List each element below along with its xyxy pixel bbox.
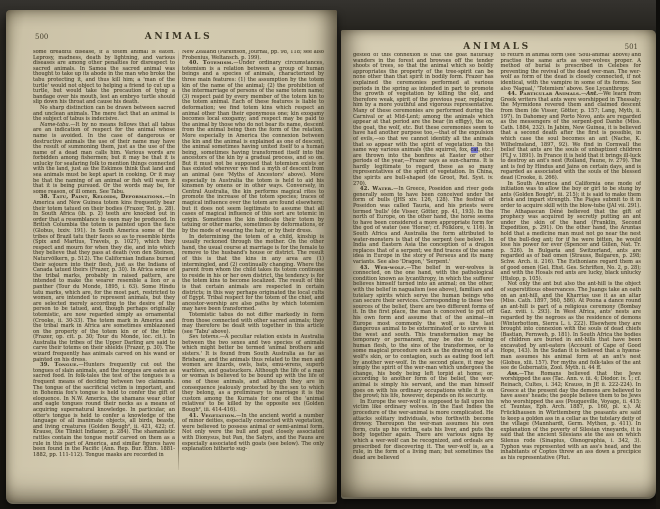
paragraph: Ass.—The Romans believed that the Jews w… bbox=[500, 372, 641, 462]
text-segment: gested of this connexion is that the goa… bbox=[353, 53, 494, 153]
column-1-page-501: gested of this connexion is that the goa… bbox=[353, 53, 494, 470]
book-scan: 500 ANIMALS some dreadful disease, if a … bbox=[0, 0, 660, 509]
paragraph: Sex totems.—A peculiar relation exists i… bbox=[182, 335, 324, 413]
text-block-left: some dreadful disease, if a totem animal… bbox=[33, 50, 324, 474]
paragraph: In South America and California one mode… bbox=[500, 182, 641, 283]
page-header-right: ANIMALS 501 bbox=[354, 42, 640, 53]
paragraph: In Europe the wer-wolf is supposed to fa… bbox=[353, 400, 494, 462]
text-segment: to return in animal form (see 'Soul-anim… bbox=[500, 53, 641, 92]
paragraph: 40. Totemism.—Under ordinary circumstanc… bbox=[182, 61, 324, 234]
paragraph: 43. Wer-wolf.—The belief in wer-wolves i… bbox=[353, 266, 494, 400]
text-segment: some dreadful disease, if a totem animal… bbox=[33, 50, 175, 105]
page-500: 500 ANIMALS some dreadful disease, if a … bbox=[6, 10, 337, 502]
paragraph: 44. Particular Animals.—Ant.—We learn fr… bbox=[500, 92, 641, 182]
column-1-page-500: some dreadful disease, if a totem animal… bbox=[33, 50, 175, 474]
text-segment: In South America and California one mode… bbox=[500, 181, 641, 282]
running-head-left: ANIMALS bbox=[33, 32, 324, 42]
paragraph: to return in animal form (see 'Soul-anim… bbox=[500, 53, 641, 92]
paragraph: some dreadful disease, if a totem animal… bbox=[33, 50, 175, 106]
text-segment: —We learn from Greek writers that ants w… bbox=[500, 91, 641, 181]
paragraph: Not only the ant but also the ant-hill i… bbox=[500, 282, 641, 372]
paragraph: In determining the totem of a child, kin… bbox=[182, 235, 324, 313]
running-head-right: ANIMALS bbox=[354, 42, 640, 52]
text-segment: Totemistic tabus do not differ markedly … bbox=[182, 312, 324, 335]
text-segment: —In Greece, Poseidon and river gods gene… bbox=[353, 186, 494, 265]
paragraph: Name-tabu.—It by no means follows that a… bbox=[33, 123, 175, 196]
text-segment: —A peculiar relation exists in Australia… bbox=[182, 334, 324, 413]
paragraph: gested of this connexion is that the goa… bbox=[353, 53, 494, 187]
paragraph: 39. Tongue.—Hunters frequently cut out t… bbox=[33, 363, 175, 458]
text-segment: —It by no means follows that all tabus a… bbox=[33, 122, 175, 195]
page-number-501: 501 bbox=[625, 43, 638, 51]
text-segment: No sharp distinction can be drawn betwee… bbox=[33, 105, 175, 122]
text-segment: In determining the totem of a child, kin… bbox=[182, 234, 324, 313]
column-divider bbox=[497, 53, 498, 466]
page-501: ANIMALS 501 gested of this connexion is … bbox=[341, 30, 656, 497]
column-2-page-501: to return in animal form (see 'Soul-anim… bbox=[500, 53, 641, 470]
page-header-left: 500 ANIMALS bbox=[33, 32, 324, 43]
column-2-page-500: New Zealand (Parkinson, Journal, pp. 98,… bbox=[182, 50, 324, 474]
column-divider bbox=[178, 50, 179, 470]
text-segment: Not only the ant but also the ant-hill i… bbox=[500, 281, 641, 371]
text-segment: In Europe the wer-wolf is supposed to fa… bbox=[353, 399, 494, 461]
paragraph: No sharp distinction can be drawn betwee… bbox=[33, 106, 175, 123]
text-segment: —The Romans believed that the Jews worsh… bbox=[500, 371, 641, 461]
text-segment: —The belief in wer-wolves is connected, … bbox=[353, 265, 494, 400]
paragraph: 38. Tatu, Paint, Keloids, Deformations.—… bbox=[33, 195, 175, 363]
paragraph: 41. Vegetation.—In the ancient world a n… bbox=[182, 414, 324, 453]
text-segment: —In the ancient world a number of minor … bbox=[182, 413, 324, 453]
paragraph: 42. Water.—In Greece, Poseidon and river… bbox=[353, 187, 494, 265]
text-segment: , etc.) are thrown into the bonfires at … bbox=[353, 147, 494, 187]
text-segment: —Hunters frequently cut out the tongues … bbox=[33, 362, 175, 458]
text-block-right: gested of this connexion is that the goa… bbox=[353, 53, 641, 470]
text-segment: —Under ordinary circumstances, totemism … bbox=[182, 60, 324, 234]
text-segment: —In America and New Guinea totem kins fr… bbox=[33, 194, 175, 362]
book-edge-shadow bbox=[656, 0, 660, 509]
paragraph: Totemistic tabus do not differ markedly … bbox=[182, 313, 324, 335]
text-segment: New Zealand (Parkinson, Journal, pp. 98,… bbox=[182, 50, 324, 61]
